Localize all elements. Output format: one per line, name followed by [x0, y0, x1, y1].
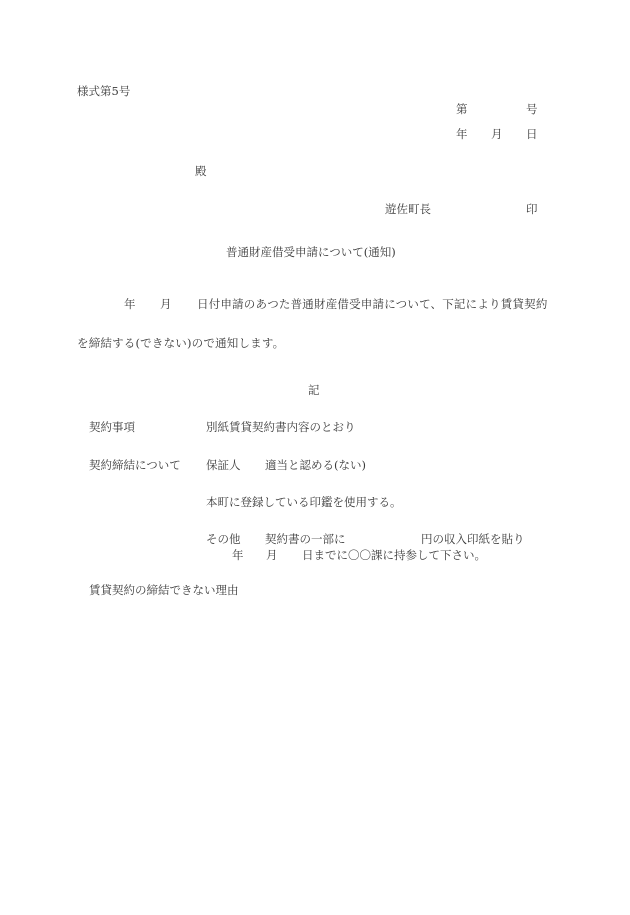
body-line2-text: を締結する(できない)ので通知します。: [77, 338, 284, 350]
contract-matters-label: 契約事項: [89, 422, 135, 434]
other-text-a: 契約書の一部に: [265, 534, 346, 546]
guarantor-label: 保証人: [206, 460, 241, 472]
deadline-month: 月: [266, 550, 278, 562]
date-year: 年: [456, 129, 468, 141]
deadline-text: 日までに〇〇課に持参して下さい。: [302, 550, 486, 562]
document-title: 普通財産借受申請について(通知): [226, 247, 396, 259]
body-year: 年: [124, 299, 136, 311]
form-number: 様式第5号: [77, 86, 130, 98]
body-line1-text: 日付申請のあつた普通財産借受申請について、下記により賃貸契約: [197, 299, 548, 311]
doc-number-suffix: 号: [526, 104, 538, 116]
ki-heading: 記: [308, 385, 320, 397]
date-day: 日: [526, 129, 538, 141]
guarantor-value: 適当と認める(ない): [265, 460, 366, 472]
deadline-year: 年: [232, 550, 244, 562]
other-text-b: 円の収入印紙を貼り: [421, 534, 525, 546]
addressee-honorific: 殿: [195, 166, 207, 178]
contract-conclusion-label: 契約締結について: [89, 460, 181, 472]
doc-number-prefix: 第: [456, 104, 468, 116]
seal-note: 本町に登録している印鑑を使用する。: [206, 497, 402, 509]
body-month: 月: [160, 299, 172, 311]
other-label: その他: [206, 534, 241, 546]
reason-label: 賃貸契約の締結できない理由: [89, 585, 239, 597]
date-month: 月: [491, 129, 503, 141]
sender-title: 遊佐町長: [385, 204, 431, 216]
sender-seal: 印: [526, 204, 538, 216]
contract-matters-value: 別紙賃貸契約書内容のとおり: [206, 422, 356, 434]
